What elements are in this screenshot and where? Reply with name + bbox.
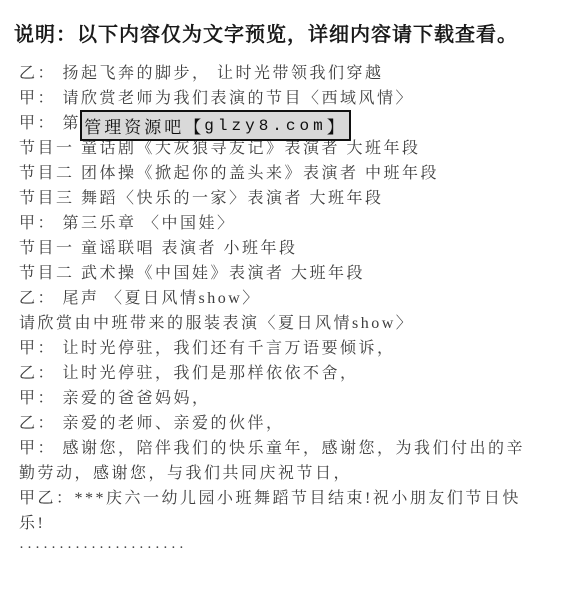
script-line: 甲： 感谢您，陪伴我们的快乐童年，感谢您，为我们付出的辛 bbox=[19, 436, 575, 461]
script-line: 甲： 请欣赏老师为我们表演的节目〈西域风情〉 bbox=[19, 86, 575, 111]
watermark-domain: glzy8.com bbox=[204, 117, 326, 135]
script-line: 节目二 武术操《中国娃》表演者 大班年段 bbox=[19, 261, 575, 286]
ellipsis-line: ····················· bbox=[19, 536, 575, 561]
script-line: 甲： 第三乐章 〈中国娃〉 bbox=[19, 211, 575, 236]
script-line: 节目二 团体操《掀起你的盖头来》表演者 中班年段 bbox=[19, 161, 575, 186]
watermark-bracket-open: 【 bbox=[184, 113, 204, 138]
script-line: 甲： 亲爱的爸爸妈妈， bbox=[19, 386, 575, 411]
script-line: 勤劳动，感谢您，与我们共同庆祝节日， bbox=[19, 461, 575, 486]
script-line: 乙： 扬起飞奔的脚步， 让时光带领我们穿越 bbox=[19, 61, 575, 86]
watermark-box: 管理资源吧【glzy8.com】 bbox=[80, 110, 351, 141]
script-line: 节目一 童谣联唱 表演者 小班年段 bbox=[19, 236, 575, 261]
text-preview-page: 说明：以下内容仅为文字预览，详细内容请下载查看。 乙： 扬起飞奔的脚步， 让时光… bbox=[0, 0, 578, 600]
script-line: 乙： 让时光停驻，我们是那样依依不舍， bbox=[19, 361, 575, 386]
script-line: 甲： 让时光停驻，我们还有千言万语要倾诉， bbox=[19, 336, 575, 361]
script-line: 乐! bbox=[19, 511, 575, 536]
script-line: 节目三 舞蹈〈快乐的一家〉表演者 大班年段 bbox=[19, 186, 575, 211]
script-line: 乙： 亲爱的老师、亲爱的伙伴， bbox=[19, 411, 575, 436]
watermark-bracket-close: 】 bbox=[327, 113, 347, 138]
script-line: 甲乙：***庆六一幼儿园小班舞蹈节目结束!祝小朋友们节日快 bbox=[19, 486, 575, 511]
script-line: 乙： 尾声 〈夏日风情show〉 bbox=[19, 286, 575, 311]
preview-notice-heading: 说明：以下内容仅为文字预览，详细内容请下载查看。 bbox=[14, 18, 518, 47]
script-line: 请欣赏由中班带来的服装表演〈夏日风情show〉 bbox=[19, 311, 575, 336]
watermark-site-name: 管理资源吧 bbox=[84, 113, 184, 138]
